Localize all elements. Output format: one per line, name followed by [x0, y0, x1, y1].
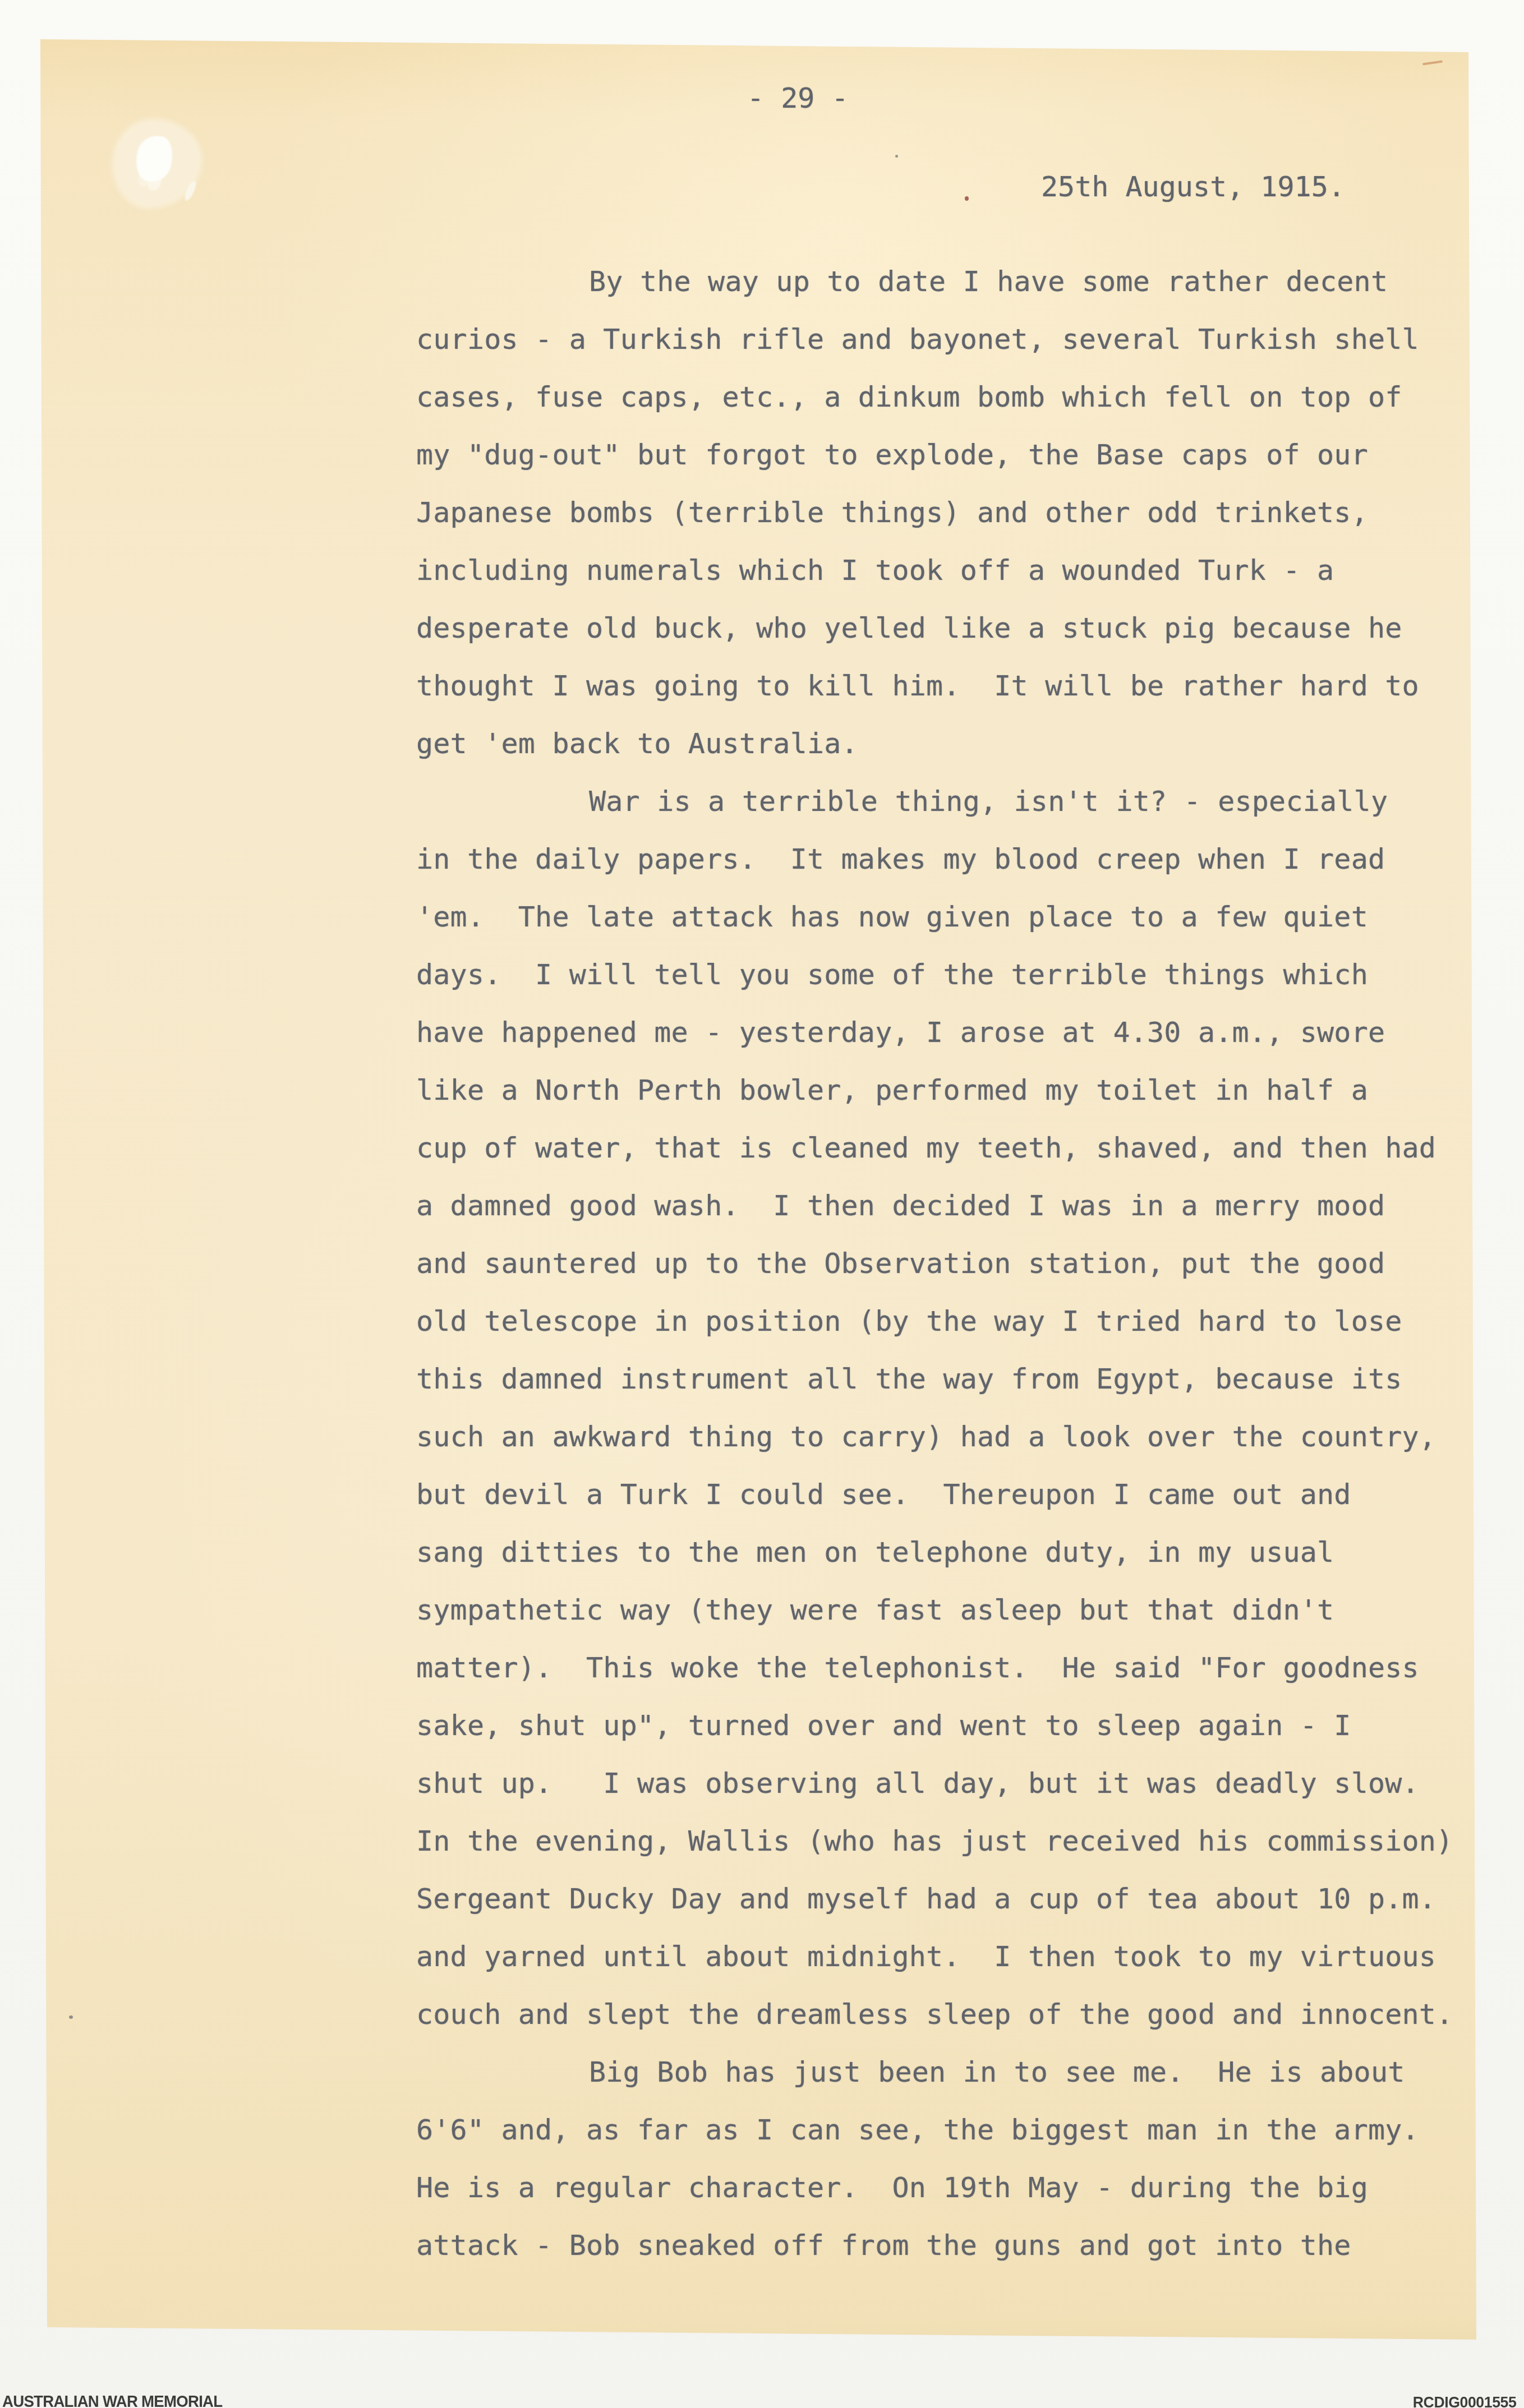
letter-line: and sauntered up to the Observation stat… — [416, 1235, 1482, 1293]
letter-line: cup of water, that is cleaned my teeth, … — [416, 1119, 1482, 1177]
letter-line: In the evening, Wallis (who has just rec… — [416, 1812, 1482, 1870]
paper-speck — [965, 196, 969, 201]
letter-line: days. I will tell you some of the terrib… — [416, 946, 1482, 1004]
letter-line: but devil a Turk I could see. Thereupon … — [416, 1466, 1482, 1524]
letter-date: 25th August, 1915. — [1041, 158, 1345, 216]
letter-line: get 'em back to Australia. — [416, 715, 1482, 773]
letter-line: Japanese bombs (terrible things) and oth… — [416, 484, 1482, 542]
letter-line: desperate old buck, who yelled like a st… — [416, 599, 1482, 657]
letter-line: sang ditties to the men on telephone dut… — [416, 1524, 1482, 1581]
letter-line: shut up. I was observing all day, but it… — [416, 1755, 1482, 1812]
letter-line: attack - Bob sneaked off from the guns a… — [416, 2217, 1482, 2275]
letter-line: in the daily papers. It makes my blood c… — [416, 831, 1482, 888]
letter-line: have happened me - yesterday, I arose at… — [416, 1004, 1482, 1062]
letter-line: sympathetic way (they were fast asleep b… — [416, 1581, 1482, 1639]
letter-line: sake, shut up", turned over and went to … — [416, 1697, 1482, 1755]
letter-line: matter). This woke the telephonist. He s… — [416, 1639, 1482, 1697]
letter-line: including numerals which I took off a wo… — [416, 542, 1482, 599]
scanned-letter-page: - 29 - 25th August, 1915. By the way up … — [0, 0, 1524, 2408]
letter-line: thought I was going to kill him. It will… — [416, 657, 1482, 715]
letter-line: a damned good wash. I then decided I was… — [416, 1177, 1482, 1235]
letter-line: like a North Perth bowler, performed my … — [416, 1062, 1482, 1119]
archive-name: AUSTRALIAN WAR MEMORIAL — [2, 2392, 222, 2408]
letter-body: By the way up to date I have some rather… — [416, 253, 1482, 2275]
letter-line: and yarned until about midnight. I then … — [416, 1928, 1482, 1986]
letter-paper: - 29 - 25th August, 1915. By the way up … — [0, 0, 1524, 2408]
letter-line: cases, fuse caps, etc., a dinkum bomb wh… — [416, 368, 1482, 426]
letter-line: couch and slept the dreamless sleep of t… — [416, 1986, 1482, 2043]
paper-speck — [69, 2015, 73, 2019]
paper-speck — [895, 155, 898, 158]
page-number: - 29 - — [747, 70, 849, 127]
paper-scratch — [1422, 61, 1443, 66]
reference-id: RCDIG0001555 — [1412, 2393, 1516, 2408]
letter-line: old telescope in position (by the way I … — [416, 1293, 1482, 1350]
letter-line: By the way up to date I have some rather… — [416, 253, 1482, 311]
letter-line: War is a terrible thing, isn't it? - esp… — [416, 773, 1482, 831]
viewer-footer: AUSTRALIAN WAR MEMORIAL RCDIG0001555 — [0, 2335, 1524, 2408]
letter-line: my "dug-out" but forgot to explode, the … — [416, 426, 1482, 484]
letter-line: He is a regular character. On 19th May -… — [416, 2159, 1482, 2217]
letter-line: such an awkward thing to carry) had a lo… — [416, 1408, 1482, 1466]
letter-line: Sergeant Ducky Day and myself had a cup … — [416, 1870, 1482, 1928]
letter-line: curios - a Turkish rifle and bayonet, se… — [416, 311, 1482, 368]
letter-line: 'em. The late attack has now given place… — [416, 888, 1482, 946]
letter-line: 6'6" and, as far as I can see, the bigge… — [416, 2101, 1482, 2159]
letter-line: this damned instrument all the way from … — [416, 1350, 1482, 1408]
letter-line: Big Bob has just been in to see me. He i… — [416, 2043, 1482, 2101]
